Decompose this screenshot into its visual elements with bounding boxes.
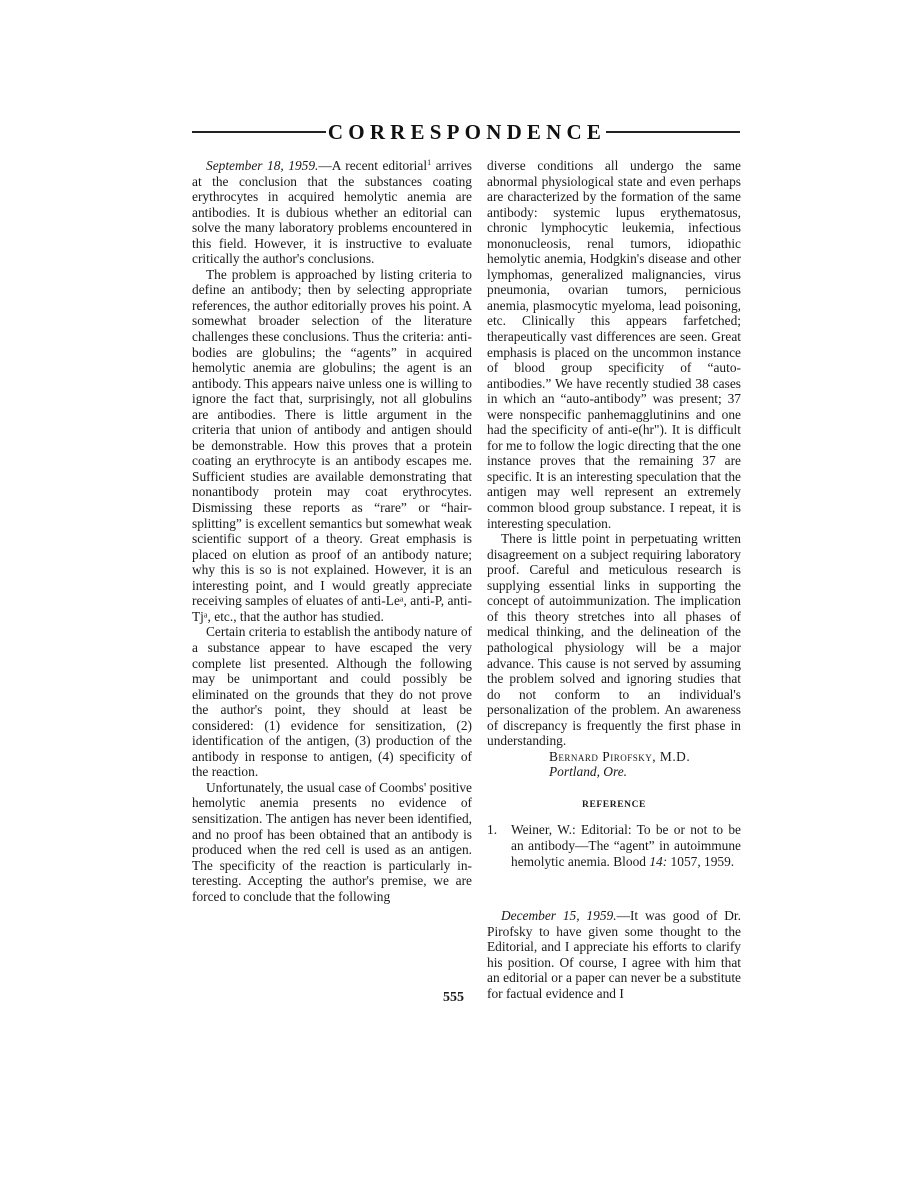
reply-date: December 15, 1959. xyxy=(501,908,617,923)
letter-paragraph-3: Certain criteria to establish the antibo… xyxy=(192,624,472,779)
right-column: diverse conditions all undergo the same … xyxy=(487,158,741,1001)
section-header: CORRESPONDENCE xyxy=(192,118,740,146)
letter-paragraph-5: diverse conditions all undergo the same … xyxy=(487,158,741,531)
spacer xyxy=(487,869,741,908)
letter-date: September 18, 1959. xyxy=(206,158,318,173)
section-title: CORRESPONDENCE xyxy=(326,120,606,145)
left-column: September 18, 1959.—A recent editorial1 … xyxy=(192,158,472,904)
reference-item: 1. Weiner, W.: Editorial: To be or not t… xyxy=(487,822,741,869)
signature-place: Portland, Ore. xyxy=(487,764,741,780)
letter-paragraph-6: There is little point in perpetuating wr… xyxy=(487,531,741,749)
reference-heading: REFERENCE xyxy=(487,798,741,814)
page-number: 555 xyxy=(443,990,464,1006)
header-rule-right xyxy=(606,131,740,133)
letter-paragraph-1: September 18, 1959.—A recent editorial1 … xyxy=(192,158,472,267)
letter-paragraph-4: Unfortunately, the usual case of Coombs'… xyxy=(192,780,472,904)
letter-paragraph-2: The problem is approached by listing cri… xyxy=(192,267,472,625)
reply-paragraph: December 15, 1959.—It was good of Dr. Pi… xyxy=(487,908,741,1001)
reference-text: Weiner, W.: Editorial: To be or not to b… xyxy=(511,822,741,869)
signature-name: Bernard Pirofsky, M.D. xyxy=(487,749,741,765)
header-rule-left xyxy=(192,131,326,133)
reference-number: 1. xyxy=(487,822,511,869)
